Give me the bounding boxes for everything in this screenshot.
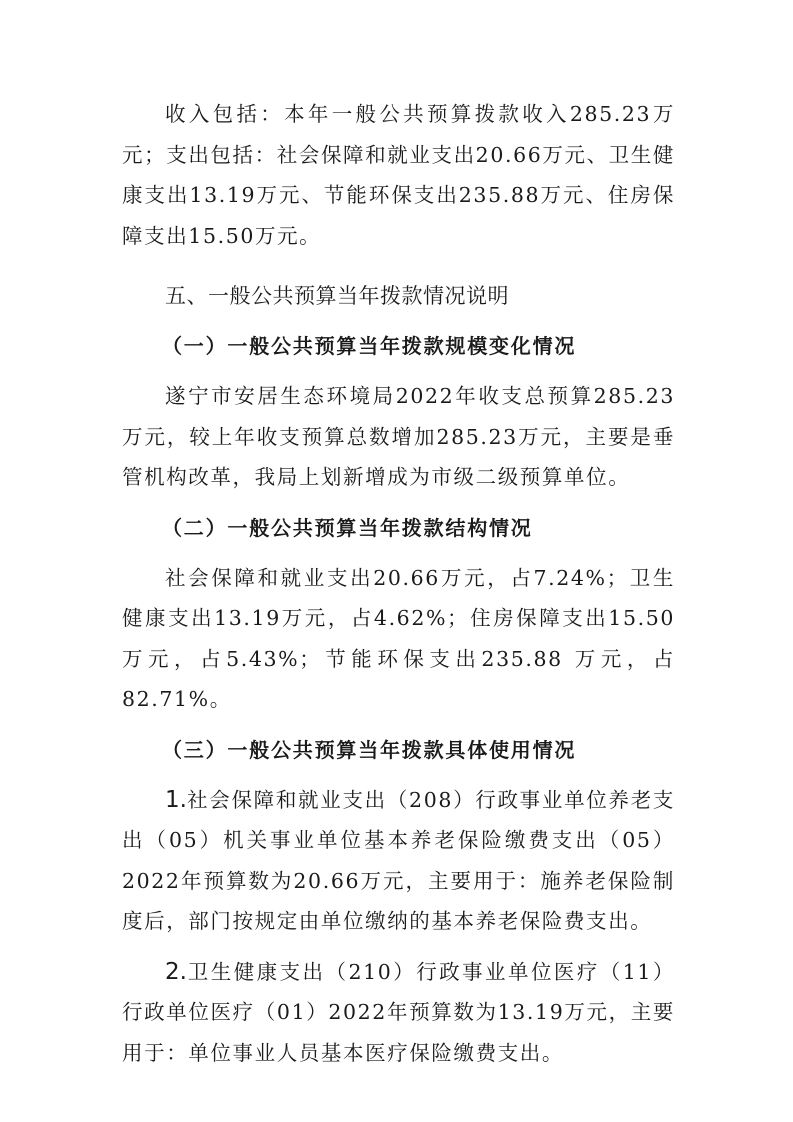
subsection-3-heading: （三）一般公共预算当年拨款具体使用情况 (122, 730, 675, 770)
item-2-body: 卫生健康支出（210）行政事业单位医疗（11）行政单位医疗（01）2022年预算… (122, 960, 675, 1065)
subsection-2-body: 社会保障和就业支出20.66万元，占7.24%；卫生健康支出13.19万元，占4… (122, 558, 675, 720)
item-2-number: 2. (165, 959, 187, 985)
item-1: 1.社会保障和就业支出（208）行政事业单位养老支出（05）机关事业单位基本养老… (122, 780, 675, 942)
income-expense-summary: 收入包括：本年一般公共预算拨款收入285.23万元；支出包括：社会保障和就业支出… (122, 94, 675, 256)
subsection-1-body: 遂宁市安居生态环境局2022年收支总预算285.23万元，较上年收支预算总数增加… (122, 376, 675, 498)
section-5-heading: 五、一般公共预算当年拨款情况说明 (122, 276, 675, 316)
document-page: 收入包括：本年一般公共预算拨款收入285.23万元；支出包括：社会保障和就业支出… (122, 94, 675, 1073)
item-1-number: 1. (165, 787, 187, 813)
subsection-1-heading: （一）一般公共预算当年拨款规模变化情况 (122, 326, 675, 366)
subsection-2-heading: （二）一般公共预算当年拨款结构情况 (122, 508, 675, 548)
item-2: 2.卫生健康支出（210）行政事业单位医疗（11）行政单位医疗（01）2022年… (122, 952, 675, 1074)
item-1-body: 社会保障和就业支出（208）行政事业单位养老支出（05）机关事业单位基本养老保险… (122, 788, 675, 934)
